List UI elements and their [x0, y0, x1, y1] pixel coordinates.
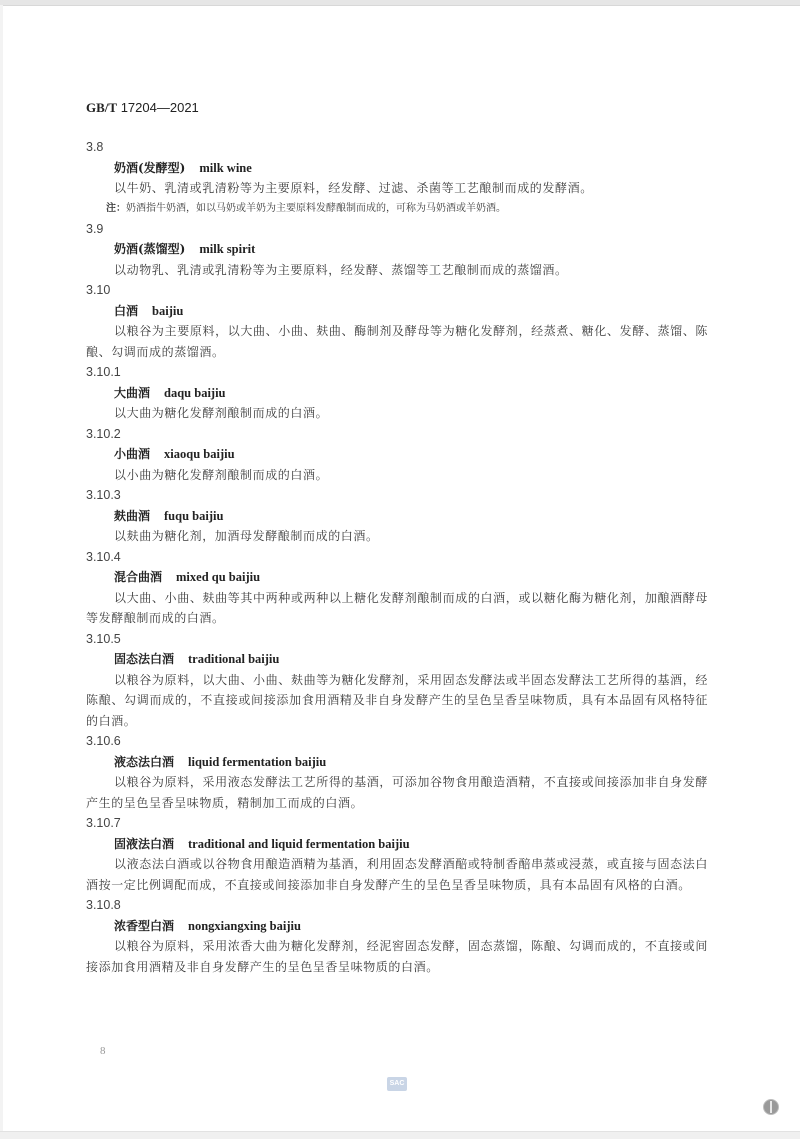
standard-code-number: 17204—2021 [121, 100, 199, 115]
term-zh: 固态法白酒 [114, 652, 174, 666]
term-definition: 以粮谷为原料，采用浓香大曲为糖化发酵剂，经泥窖固态发酵，固态蒸馏，陈酿、勾调而成… [86, 936, 708, 977]
term-en: daqu baijiu [164, 386, 226, 400]
note-text: 奶酒指牛奶酒，如以马奶或羊奶为主要原料发酵酿制而成的，可称为马奶酒或羊奶酒。 [126, 203, 506, 214]
definition-line: 以牛奶、乳清或乳清粉等为主要原料，经发酵、过滤、杀菌等工艺酿制而成的发酵酒。 [114, 181, 593, 195]
term-zh: 浓香型白酒 [114, 919, 174, 933]
clause-number: 3.10.1 [86, 362, 708, 383]
clause-number: 3.10.8 [86, 895, 708, 916]
term-entry-3-10-3: 3.10.3 麸曲酒fuqu baijiu 以麸曲为糖化剂，加酒母发酵酿制而成的… [86, 485, 708, 547]
term-definition: 以牛奶、乳清或乳清粉等为主要原料，经发酵、过滤、杀菌等工艺酿制而成的发酵酒。 [86, 178, 708, 199]
term-zh: 奶酒(发酵型) [114, 161, 185, 175]
term-entry-3-10-6: 3.10.6 液态法白酒liquid fermentation baijiu 以… [86, 731, 708, 813]
term-entry-3-9: 3.9 奶酒(蒸馏型)milk spirit 以动物乳、乳清或乳清粉等为主要原料… [86, 219, 708, 281]
document-page: GB/T 17204—2021 3.8 奶酒(发酵型)milk wine 以牛奶… [86, 98, 708, 977]
term-entry-3-10-8: 3.10.8 浓香型白酒nongxiangxing baijiu 以粮谷为原料，… [86, 895, 708, 977]
term-definition: 以液态法白酒或以谷物食用酿造酒精为基酒，利用固态发酵酒醅或特制香醅串蒸或浸蒸，或… [86, 854, 708, 895]
term-zh: 固液法白酒 [114, 837, 174, 851]
term-en: liquid fermentation baijiu [188, 755, 326, 769]
term-en: traditional baijiu [188, 652, 279, 666]
term-definition: 以粮谷为原料，采用液态发酵法工艺所得的基酒，可添加谷物食用酿造酒精，不直接或间接… [86, 772, 708, 813]
term-heading: 麸曲酒fuqu baijiu [86, 506, 708, 527]
term-en: milk wine [199, 161, 251, 175]
term-definition: 以大曲、小曲、麸曲等其中两种或两种以上糖化发酵剂酿制而成的白酒，或以糖化酶为糖化… [86, 588, 708, 629]
term-en: xiaoqu baijiu [164, 447, 235, 461]
term-entry-3-10: 3.10 白酒baijiu 以粮谷为主要原料，以大曲、小曲、麸曲、酶制剂及酵母等… [86, 280, 708, 362]
viewer-bottom-border [0, 1131, 800, 1139]
term-entry-3-10-2: 3.10.2 小曲酒xiaoqu baijiu 以小曲为糖化发酵剂酿制而成的白酒… [86, 424, 708, 486]
term-heading: 混合曲酒mixed qu baijiu [86, 567, 708, 588]
term-note: 注：奶酒指牛奶酒，如以马奶或羊奶为主要原料发酵酿制而成的，可称为马奶酒或羊奶酒。 [86, 199, 708, 219]
definition-line: 以麸曲为糖化剂，加酒母发酵酿制而成的白酒。 [114, 529, 379, 543]
definition-line: 以大曲为糖化发酵剂酿制而成的白酒。 [114, 406, 328, 420]
term-definition: 以粮谷为原料，以大曲、小曲、麸曲等为糖化发酵剂，采用固态发酵法或半固态发酵法工艺… [86, 670, 708, 732]
standard-code-prefix: GB/T [86, 100, 117, 115]
term-heading: 大曲酒daqu baijiu [86, 383, 708, 404]
term-en: nongxiangxing baijiu [188, 919, 301, 933]
definition-line: 以大曲、小曲、麸曲等其中两种或两种以上糖化发酵剂酿制而成的白酒，或以糖化酶为糖化… [114, 591, 670, 605]
clause-number: 3.9 [86, 219, 708, 240]
term-heading: 液态法白酒liquid fermentation baijiu [86, 752, 708, 773]
note-label: 注： [106, 203, 126, 214]
term-en: milk spirit [199, 242, 255, 256]
definition-line: 以小曲为糖化发酵剂酿制而成的白酒。 [114, 468, 328, 482]
term-entry-3-8: 3.8 奶酒(发酵型)milk wine 以牛奶、乳清或乳清粉等为主要原料，经发… [86, 137, 708, 219]
term-definition: 以小曲为糖化发酵剂酿制而成的白酒。 [86, 465, 708, 486]
term-zh: 小曲酒 [114, 447, 150, 461]
term-entry-3-10-1: 3.10.1 大曲酒daqu baijiu 以大曲为糖化发酵剂酿制而成的白酒。 [86, 362, 708, 424]
clause-number: 3.10.2 [86, 424, 708, 445]
term-definition: 以动物乳、乳清或乳清粉等为主要原料，经发酵、蒸馏等工艺酿制而成的蒸馏酒。 [86, 260, 708, 281]
clause-number: 3.10.5 [86, 629, 708, 650]
publisher-logo-icon: SAC [387, 1077, 407, 1091]
term-entry-3-10-4: 3.10.4 混合曲酒mixed qu baijiu 以大曲、小曲、麸曲等其中两… [86, 547, 708, 629]
term-zh: 液态法白酒 [114, 755, 174, 769]
term-en: baijiu [152, 304, 183, 318]
term-zh: 混合曲酒 [114, 570, 162, 584]
term-zh: 大曲酒 [114, 386, 150, 400]
viewer-left-edge [0, 5, 3, 1139]
term-heading: 白酒baijiu [86, 301, 708, 322]
viewer-top-border [0, 0, 800, 6]
term-definition: 以粮谷为主要原料，以大曲、小曲、麸曲、酶制剂及酵母等为糖化发酵剂，经蒸煮、糖化、… [86, 321, 708, 362]
term-en: fuqu baijiu [164, 509, 223, 523]
definition-line: 以粮谷为原料，以大曲、小曲、麸曲等为糖化发酵剂，采用固态发酵法或半固态发酵法工艺… [114, 673, 670, 687]
standard-code-header: GB/T 17204—2021 [86, 98, 708, 118]
definition-line: 有风格的白酒。 [603, 878, 691, 892]
term-heading: 浓香型白酒nongxiangxing baijiu [86, 916, 708, 937]
term-definition: 以麸曲为糖化剂，加酒母发酵酿制而成的白酒。 [86, 526, 708, 547]
clause-number: 3.8 [86, 137, 708, 158]
definition-line: 以液态法白酒或以谷物食用酿造酒精为基酒，利用固态发酵酒醅或特制香醅串蒸或浸蒸，或… [114, 857, 657, 871]
term-zh: 麸曲酒 [114, 509, 150, 523]
term-definition: 以大曲为糖化发酵剂酿制而成的白酒。 [86, 403, 708, 424]
clause-number: 3.10.7 [86, 813, 708, 834]
clause-number: 3.10.6 [86, 731, 708, 752]
term-zh: 奶酒(蒸馏型) [114, 242, 185, 256]
header-spacer [86, 118, 708, 137]
clause-number: 3.10.4 [86, 547, 708, 568]
term-entry-3-10-7: 3.10.7 固液法白酒traditional and liquid ferme… [86, 813, 708, 895]
definition-line: 以动物乳、乳清或乳清粉等为主要原料，经发酵、蒸馏等工艺酿制而成的蒸馏酒。 [114, 263, 568, 277]
definition-line: 以粮谷为原料，采用液态发酵法工艺所得的基酒，可添加谷物食用酿造酒精，不直接或间接… [114, 775, 657, 789]
definition-line: 以粮谷为主要原料，以大曲、小曲、麸曲、酶制剂及酵母等为糖化发酵剂，经蒸煮、糖化、… [114, 324, 695, 338]
term-heading: 奶酒(蒸馏型)milk spirit [86, 239, 708, 260]
term-heading: 小曲酒xiaoqu baijiu [86, 444, 708, 465]
term-zh: 白酒 [114, 304, 138, 318]
definition-line: 以粮谷为原料，采用浓香大曲为糖化发酵剂，经泥窖固态发酵，固态蒸馏，陈酿、勾调而成… [114, 939, 683, 953]
page-number: 8 [100, 1045, 106, 1057]
term-heading: 奶酒(发酵型)milk wine [86, 158, 708, 179]
clause-number: 3.10 [86, 280, 708, 301]
term-heading: 固液法白酒traditional and liquid fermentation… [86, 834, 708, 855]
globe-icon[interactable] [763, 1099, 779, 1115]
term-en: traditional and liquid fermentation baij… [188, 837, 410, 851]
clause-number: 3.10.3 [86, 485, 708, 506]
term-heading: 固态法白酒traditional baijiu [86, 649, 708, 670]
term-entry-3-10-5: 3.10.5 固态法白酒traditional baijiu 以粮谷为原料，以大… [86, 629, 708, 732]
term-en: mixed qu baijiu [176, 570, 260, 584]
